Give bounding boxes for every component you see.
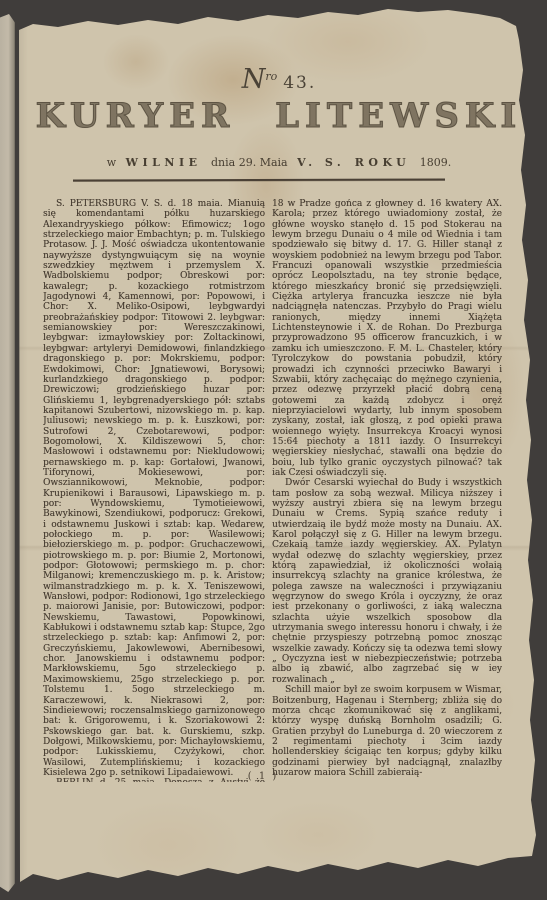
newspaper-title-line: KURYER LITEWSKI: [18, 96, 540, 136]
dateline-date: dnia 29. Maia: [211, 156, 288, 169]
issue-number: 43.: [283, 73, 316, 93]
dateline-city: WILNIE: [126, 156, 202, 169]
newspaper-title: KURYER LITEWSKI: [36, 96, 523, 136]
article-paragraph: Schill maior był ze swoim korpusem w Wis…: [272, 685, 502, 778]
dateline-year: 1809.: [420, 156, 452, 169]
newspaper-page: Nro43. KURYER LITEWSKI w WILNIE dnia 29.…: [18, 0, 540, 895]
masthead-rule: [73, 179, 445, 182]
dateline-calendar-style: V. S.: [297, 156, 345, 169]
article-paragraph: Dwór Cesarski wyiechał do Budy i wszystk…: [272, 478, 502, 685]
text-column-left: S. PETERSBURG V. S. d. 18 maia. Mianuią …: [43, 199, 265, 782]
issue-prefix: N: [242, 64, 266, 95]
page-number-footer: ( 1 ): [18, 771, 508, 782]
article-paragraph: 18 w Pradze gońca z głowney d. 16 kwater…: [272, 199, 502, 478]
text-column-right: 18 w Pradze gońca z głowney d. 16 kwater…: [272, 199, 502, 782]
dateline-w: w: [107, 156, 116, 169]
dateline-roku: ROKU: [355, 156, 411, 169]
issue-number-line: Nro43.: [18, 64, 540, 95]
dateline: w WILNIE dnia 29. Maia V. S. ROKU 1809.: [18, 156, 540, 169]
article-paragraph: S. PETERSBURG V. S. d. 18 maia. Mianuią …: [43, 199, 265, 778]
adjacent-page-edge: [0, 14, 15, 892]
issue-superscript: ro: [265, 70, 277, 83]
newspaper-scan: Nro43. KURYER LITEWSKI w WILNIE dnia 29.…: [0, 0, 547, 900]
